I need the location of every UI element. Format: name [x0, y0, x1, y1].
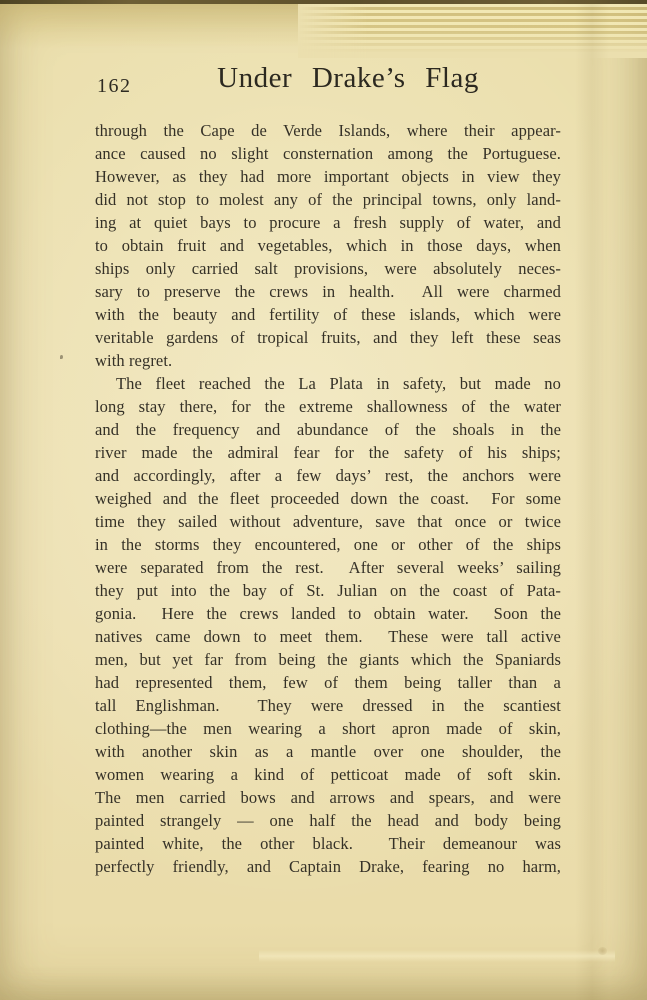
page-top-edge-shading	[0, 4, 298, 48]
text-line: ing at quiet bays to procure a fresh sup…	[95, 211, 561, 234]
text-line: through the Cape de Verde Islands, where…	[95, 119, 561, 142]
text-line: ships only carried salt provisions, were…	[95, 257, 561, 280]
text-line: long stay there, for the extreme shallow…	[95, 395, 561, 418]
text-line: However, as they had more important obje…	[95, 165, 561, 188]
running-title: Under Drake’s Flag	[115, 62, 581, 95]
text-line: they put into the bay of St. Julian on t…	[95, 579, 561, 602]
text-line: The fleet reached the La Plata in safety…	[95, 372, 561, 395]
text-line: weighed and the fleet proceeded down the…	[95, 487, 561, 510]
text-line: river made the admiral fear for the safe…	[95, 441, 561, 464]
book-page: 162 Under Drake’s Flag through the Cape …	[0, 0, 647, 1000]
ink-speck	[60, 355, 63, 359]
text-line: with another skin as a mantle over one s…	[95, 740, 561, 763]
text-line: natives came down to meet them. These we…	[95, 625, 561, 648]
text-line: time they sailed without adventure, save…	[95, 510, 561, 533]
text-line: and the frequency and abundance of the s…	[95, 418, 561, 441]
page-body: through the Cape de Verde Islands, where…	[95, 119, 561, 878]
text-line: with the beauty and fertility of these i…	[95, 303, 561, 326]
page-bottom-streak	[259, 950, 615, 962]
page-header: 162 Under Drake’s Flag	[95, 62, 561, 104]
text-line: painted strangely — one half the head an…	[95, 809, 561, 832]
text-line: ance caused no slight consternation amon…	[95, 142, 561, 165]
text-line: had represented them, few of them being …	[95, 671, 561, 694]
paragraph: through the Cape de Verde Islands, where…	[95, 119, 561, 372]
page-right-shading	[575, 0, 609, 1000]
text-line: sary to preserve the crews in health. Al…	[95, 280, 561, 303]
text-line: women wearing a kind of petticoat made o…	[95, 763, 561, 786]
text-line: and accordingly, after a few days’ rest,…	[95, 464, 561, 487]
text-line: clothing—the men wearing a short apron m…	[95, 717, 561, 740]
text-line: did not stop to molest any of the princi…	[95, 188, 561, 211]
text-line: gonia. Here the crews landed to obtain w…	[95, 602, 561, 625]
text-line: perfectly friendly, and Captain Drake, f…	[95, 855, 561, 878]
text-line: veritable gardens of tropical fruits, an…	[95, 326, 561, 349]
text-line: painted white, the other black. Their de…	[95, 832, 561, 855]
text-line: men, but yet far from being the giants w…	[95, 648, 561, 671]
foxing-spot	[598, 947, 607, 955]
text-line: with regret.	[95, 349, 561, 372]
paragraph: The fleet reached the La Plata in safety…	[95, 372, 561, 878]
text-line: The men carried bows and arrows and spea…	[95, 786, 561, 809]
text-line: tall Englishman. They were dressed in th…	[95, 694, 561, 717]
text-line: to obtain fruit and vegetables, which in…	[95, 234, 561, 257]
text-line: were separated from the rest. After seve…	[95, 556, 561, 579]
text-line: in the storms they encountered, one or o…	[95, 533, 561, 556]
